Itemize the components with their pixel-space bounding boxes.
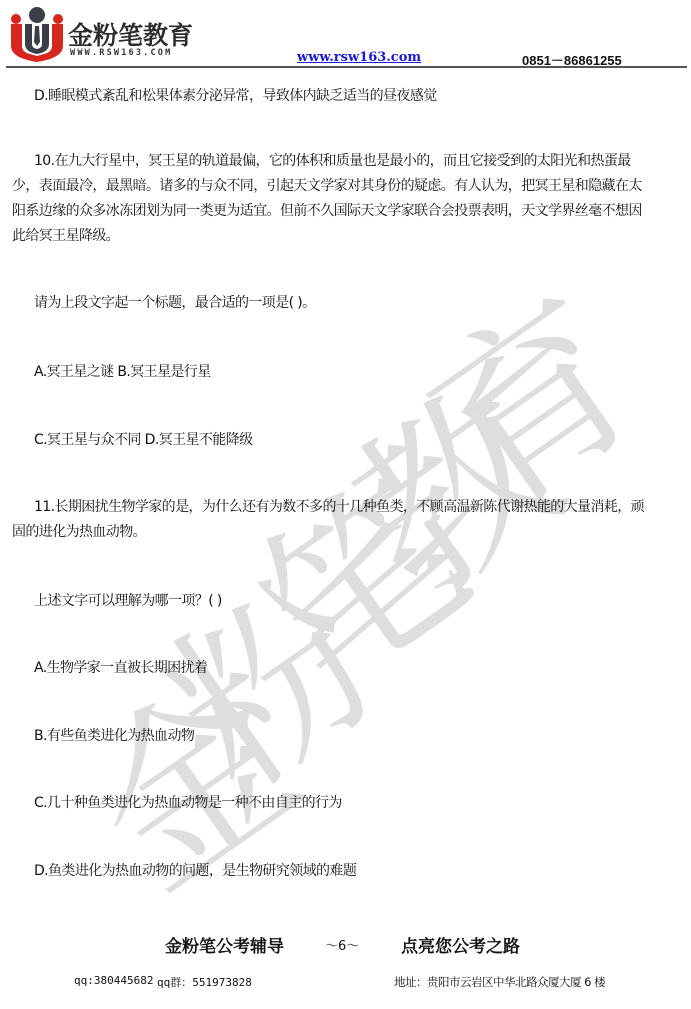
- passage-line: 少，表面最冷，最黑暗。诸多的与众不同，引起天文学家对其身份的疑虑。有人认为，把冥…: [12, 174, 642, 199]
- passage-line: 此给冥王星降级。: [12, 224, 642, 249]
- page-number: ～6～: [325, 935, 359, 954]
- option-d-previous: D.睡眠模式紊乱和松果体素分泌异常，导致体内缺乏适当的昼夜感觉: [34, 85, 437, 105]
- question-11-option-a: A.生物学家一直被长期困扰着: [34, 657, 207, 677]
- footer-qq: qq:380445682: [74, 974, 153, 987]
- watermark-char: 笔: [233, 453, 498, 718]
- header-divider: [6, 66, 687, 68]
- question-11-option-c: C.几十种鱼类进化为热血动物是一种不由自主的行为: [34, 792, 342, 812]
- passage-line: 固的进化为热血动物。: [12, 520, 644, 545]
- page-header: 金粉笔教育 WWW.RSW163.COM www.rsw163.com 0851…: [0, 0, 691, 70]
- passage-line: 11.长期困扰生物学家的是，为什么还有为数不多的十几种鱼类，不顾高温新陈代谢热能…: [12, 495, 644, 520]
- footer-slogan-left: 金粉笔公考辅导: [165, 932, 284, 957]
- question-10-passage: 10.在九大行星中，冥王星的轨道最偏，它的体积和质量也是最小的，而且它接受到的太…: [12, 149, 642, 249]
- logo-mark-icon: [8, 6, 66, 62]
- brand-name: 金粉笔教育: [68, 16, 193, 52]
- question-10-options-ab: A.冥王星之谜 B.冥王星是行星: [34, 361, 211, 381]
- footer-slogan-right: 点亮您公考之路: [401, 932, 520, 957]
- question-11-prompt: 上述文字可以理解为哪一项？( ): [34, 590, 222, 610]
- question-10-options-cd: C.冥王星与众不同 D.冥王星不能降级: [34, 429, 253, 449]
- passage-line: 10.在九大行星中，冥王星的轨道最偏，它的体积和质量也是最小的，而且它接受到的太…: [12, 149, 642, 174]
- question-11-option-d: D.鱼类进化为热血动物的问题，是生物研究领域的难题: [34, 860, 356, 880]
- passage-line: 阳系边缘的众多冰冻团划为同一类更为适宜。但前不久国际天文学家联合会投票表明，天文…: [12, 199, 642, 224]
- question-11-passage: 11.长期困扰生物学家的是，为什么还有为数不多的十几种鱼类，不顾高温新陈代谢热能…: [12, 495, 644, 545]
- question-11-option-b: B.有些鱼类进化为热血动物: [34, 725, 194, 745]
- brand-url: WWW.RSW163.COM: [70, 48, 172, 58]
- question-10-prompt: 请为上段文字起一个标题，最合适的一项是( )。: [34, 292, 316, 312]
- footer-address: 地址：贵阳市云岩区中华北路众厦大厦 6 楼: [394, 974, 605, 990]
- website-link[interactable]: www.rsw163.com: [297, 50, 421, 65]
- footer-qq-group: qq群：551973828: [157, 974, 252, 990]
- brand-logo: 金粉笔教育 WWW.RSW163.COM: [8, 6, 198, 62]
